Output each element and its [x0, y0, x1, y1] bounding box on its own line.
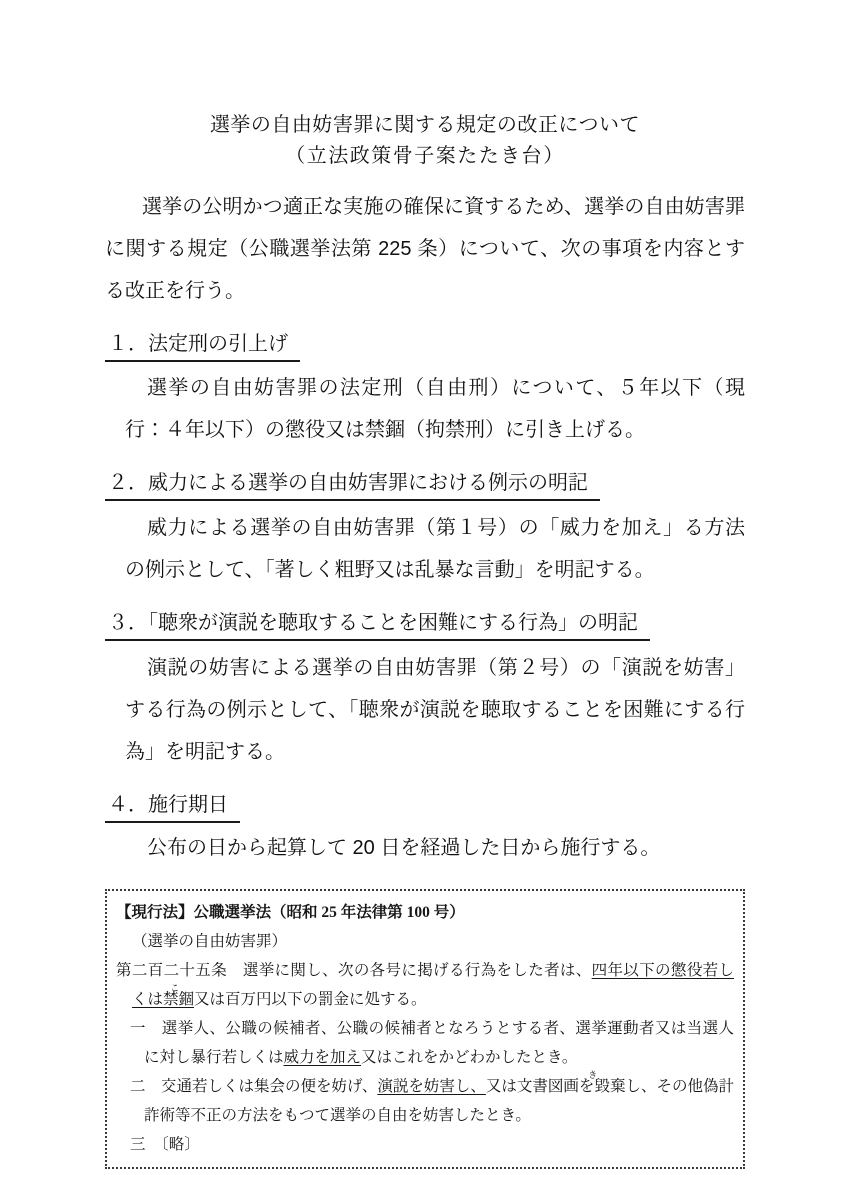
law-article-caption: （選挙の自由妨害罪）: [116, 927, 734, 956]
section-1-body-tail: の懲役又は禁錮（拘禁刑）に引き上げる。: [265, 419, 645, 441]
document-title: 選挙の自由妨害罪に関する規定の改正について: [105, 110, 745, 141]
section-3-heading-text: ３．「聴衆が演説を聴取することを困難にする行為」の明記: [105, 611, 650, 641]
section-1-body: 選挙の自由妨害罪の法定刑（自由刑）について、５年以下（現行：４年以下）の懲役又は…: [105, 367, 745, 451]
underlined-speech-phrase: 演説を妨害し、: [377, 1078, 486, 1095]
section-2-heading: ２．威力による選挙の自由妨害罪における例示の明記: [105, 471, 745, 501]
section-3-heading: ３．「聴衆が演説を聴取することを困難にする行為」の明記: [105, 611, 745, 641]
law-item-2: 二 交通若しくは集会の便を妨げ、演説を妨害し、又は文書図画を毀き棄し、その他偽計…: [116, 1072, 734, 1130]
ruby-base-ki: 毀: [594, 1078, 610, 1095]
section-4-heading: ４．施行期日: [105, 793, 745, 823]
section-1-heading-text: １．法定刑の引上げ: [105, 332, 300, 362]
item-2-lead: 二 交通若しくは集会の便を妨げ、: [130, 1078, 377, 1095]
section-4-heading-text: ４．施行期日: [105, 793, 240, 823]
section-3-body: 演説の妨害による選挙の自由妨害罪（第２号）の「演説を妨害」する行為の例示として、…: [105, 647, 745, 773]
section-1-body-lead: 選挙の自由妨害罪の法定刑（自由刑）について、５年以下: [147, 377, 704, 399]
section-4-body: 公布の日から起算して 20 日を経過した日から施行する。: [105, 827, 745, 869]
article-lead: 第二百二十五条 選挙に関し、次の各号に掲げる行為をした者は、: [116, 962, 592, 979]
document-subtitle: （立法政策骨子案たたき台）: [105, 141, 745, 172]
ruby-annotated-kanji-ki: 毀き: [594, 1078, 610, 1095]
law-item-1: 一 選挙人、公職の候補者、公職の候補者となろうとする者、選挙運動者又は当選人に対…: [116, 1014, 734, 1072]
document-page: 選挙の自由妨害罪に関する規定の改正について （立法政策骨子案たたき台） 選挙の公…: [105, 0, 745, 1169]
law-article-225: 第二百二十五条 選挙に関し、次の各号に掲げる行為をした者は、四年以下の懲役若しく…: [116, 956, 734, 1014]
intro-paragraph: 選挙の公明かつ適正な実施の確保に資するため、選挙の自由妨害罪に関する規定（公職選…: [105, 186, 745, 312]
title-block: 選挙の自由妨害罪に関する規定の改正について （立法政策骨子案たたき台）: [105, 0, 745, 172]
law-item-3: 三 〔略〕: [116, 1130, 734, 1159]
underlined-force-phrase: 威力を加え: [284, 1049, 362, 1066]
item-1-tail: 又はこれをかどわかしたとき。: [361, 1049, 577, 1066]
section-2-body: 威力による選挙の自由妨害罪（第１号）の「威力を加え」る方法の例示として、「著しく…: [105, 507, 745, 591]
article-tail: 又は百万円以下の罰金に処する。: [194, 991, 427, 1008]
section-2-heading-text: ２．威力による選挙の自由妨害罪における例示の明記: [105, 471, 600, 501]
section-1-heading: １．法定刑の引上げ: [105, 332, 745, 362]
current-law-reference-box: 【現行法】公職選挙法（昭和 25 年法律第 100 号） （選挙の自由妨害罪） …: [105, 889, 745, 1169]
ruby-base: 錮: [179, 991, 195, 1008]
item-2-mid: 又は文書図画を: [486, 1078, 595, 1095]
law-box-header: 【現行法】公職選挙法（昭和 25 年法律第 100 号）: [116, 898, 734, 927]
ruby-annotated-kanji: 錮こ: [179, 991, 195, 1008]
